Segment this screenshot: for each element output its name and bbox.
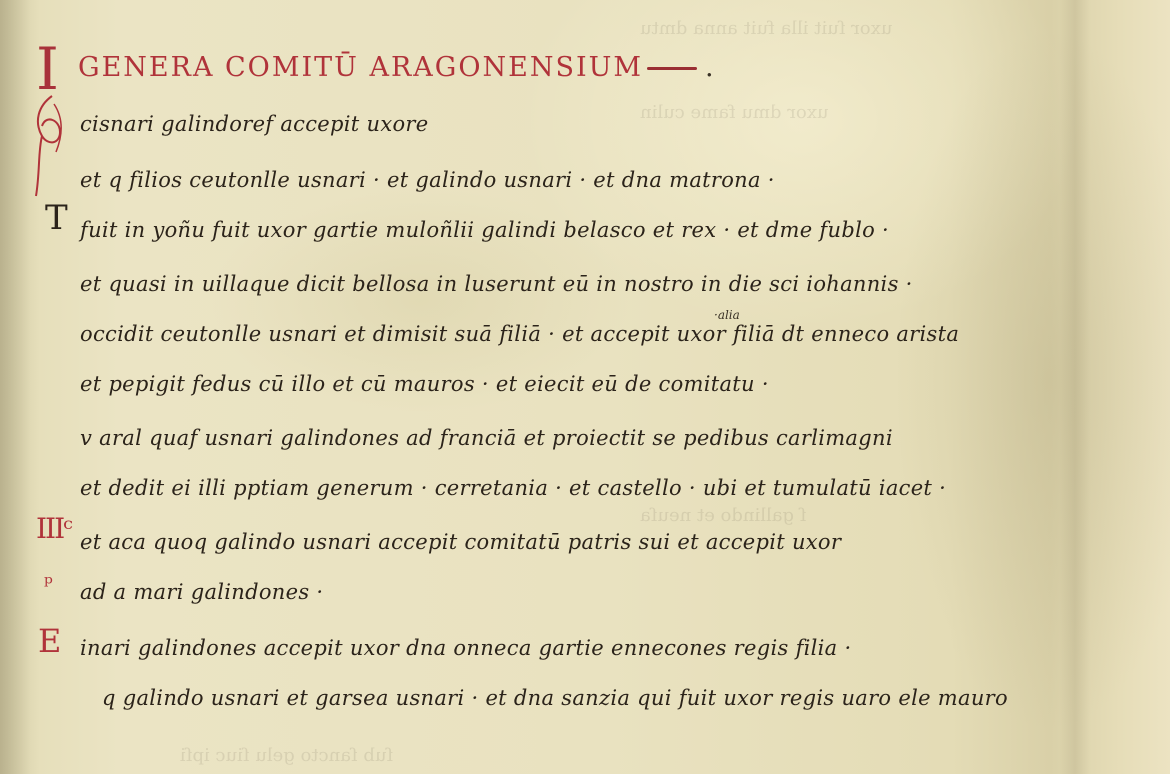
text-line-2: et q filios ceutonlle usnari · et galind… xyxy=(80,168,775,192)
text-line-6: et pepigit fedus cū illo et cū mauros · … xyxy=(80,372,769,396)
rubric-initial: I xyxy=(36,40,59,98)
rubric-title: GENERA COMITŪ ARAGONENSIUM. xyxy=(78,52,716,83)
manuscript-page: uxor ſuit illa fuit anna dmtu uxor dmu f… xyxy=(0,0,1170,774)
rubric-dot: . xyxy=(705,52,716,83)
text-line-1: cisnari galindoref accepit uxore xyxy=(80,112,428,136)
bleed-through-text: ſ gallindo et neuſa xyxy=(640,505,806,526)
text-line-9: et aca quoq galindo usnari accepit comit… xyxy=(80,530,841,554)
text-line-11: inari galindones accepit uxor dna onneca… xyxy=(80,636,851,660)
text-line-4: et quasi in uillaque dicit bellosa in lu… xyxy=(80,272,913,296)
margin-initial: E xyxy=(38,622,61,660)
rubric-line-filler xyxy=(647,67,697,70)
interlinear-gloss: ·alia xyxy=(714,308,740,322)
margin-mark: ᵖ xyxy=(44,572,53,597)
bleed-through-text: uxor ſuit illa fuit anna dmtu xyxy=(640,18,892,39)
text-line-5: occidit ceutonlle usnari et dimisit suā … xyxy=(80,322,959,346)
bleed-through-text: ſub ſancto gelu ſiuc ipſi xyxy=(180,745,393,766)
bleed-through-text: uxor dmu fame culin xyxy=(640,102,828,123)
text-line-8: et dedit ei illi pptiam generum · cerret… xyxy=(80,476,946,500)
decorative-flourish-icon xyxy=(30,92,70,202)
text-line-7: v aral quaf usnari galindones ad franciā… xyxy=(80,426,893,450)
text-line-3: fuit in yoñu fuit uxor gartie muloñlii g… xyxy=(80,218,889,242)
margin-numeral: IIIᶜ xyxy=(36,512,71,545)
text-line-10: ad a mari galindones · xyxy=(80,580,323,604)
margin-mark: T xyxy=(45,198,68,238)
gutter-shadow xyxy=(0,0,30,774)
text-line-12: q galindo usnari et garsea usnari · et d… xyxy=(102,686,1008,710)
rubric-title-text: GENERA COMITŪ ARAGONENSIUM xyxy=(78,52,643,83)
page-fold-shadow xyxy=(1060,0,1090,774)
